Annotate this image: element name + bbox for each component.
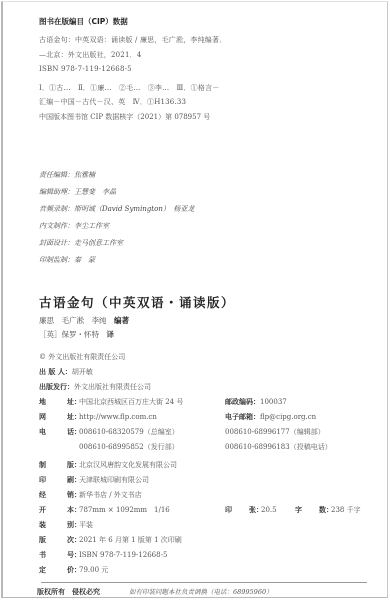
- phone-row: 电话：008610-68320579（总编室）: [39, 427, 179, 437]
- divider: [41, 582, 367, 583]
- book-translator: ［英］保罗・怀特 译: [39, 329, 114, 340]
- isbn-row: 书号：ISBN 978-7-119-12668-5: [39, 550, 167, 560]
- address-row: 地址：中国北京西城区百万庄大街 24 号: [39, 397, 183, 407]
- replacement-note: 如有印装问题本社负责调换（电话：68995960）: [129, 587, 273, 596]
- edition-row: 版次：2021 年 6 月第 1 版第 1 次印刷: [39, 535, 182, 545]
- plate-making-row: 制版：北京汉风唐韵文化发展有限公司: [39, 460, 177, 470]
- cip-approval-number: 中国版本图书馆 CIP 数据核字（2021）第 078957 号: [39, 112, 210, 122]
- rights-reserved: 版权所有 侵权必究: [37, 587, 100, 597]
- phone-submission: 008610-68996183（投稿电话）: [225, 442, 332, 452]
- website-row: 网址：http://www.flp.com.cn: [39, 412, 157, 422]
- credit-interior-production: 内文制作：李尘工作室: [39, 221, 109, 231]
- credit-cover-design: 封面设计：走马创意工作室: [39, 238, 123, 248]
- price-row: 定价：79.00 元: [39, 565, 108, 575]
- cip-line: Ⅰ．①古… Ⅱ．①廉… ②毛… ③李… Ⅲ．①格言－: [39, 83, 219, 93]
- book-title: 古语金句（中英双语・诵读版）: [39, 293, 235, 311]
- printing-row: 印刷：天津联城印刷有限公司: [39, 475, 149, 485]
- book-authors: 廉思 毛广淞 李纯 编著: [39, 315, 129, 326]
- cip-line: ISBN 978-7-119-12668-5: [39, 65, 132, 73]
- phone-distribution: 008610-68995852（发行部）: [79, 442, 179, 452]
- copyright-page: 图书在版编目（CIP）数据 古语金句：中英双语：诵读版 / 廉思，毛广淞，李纯编…: [1, 1, 388, 598]
- credit-chief-editor: 责任编辑：焦雅楠: [39, 170, 95, 180]
- cip-line: 汇编－中国－古代－汉、英 Ⅳ．①H136.33: [39, 97, 186, 107]
- cip-line: —北京：外文出版社，2021．4: [39, 50, 141, 60]
- publisher-distributor: 出版发行：外文出版社有限责任公司: [39, 382, 151, 392]
- credit-print-supervisor: 印制监制：秦 蒙: [39, 255, 95, 265]
- printed-sheets: 印张：20.5: [225, 505, 277, 515]
- email: 电子邮箱：flp@cipg.org.cn: [225, 412, 316, 422]
- format-row: 开本：787mm × 1092mm 1/16: [39, 505, 170, 515]
- cip-heading: 图书在版编目（CIP）数据: [39, 16, 128, 27]
- credit-editor-assistant: 编辑助理：王慧斐 李晶: [39, 187, 116, 197]
- distribution-row: 经销：新华书店 / 外文书店: [39, 490, 142, 500]
- copyright-notice: © 外文出版社有限责任公司: [39, 352, 125, 362]
- publisher-person: 出 版 人：胡开敏: [39, 367, 93, 377]
- binding-row: 装别：平装: [39, 520, 93, 530]
- credit-audio-recording: 音频录制：斯明诚（David Symington） 杨亚龙: [39, 204, 194, 214]
- cip-line: 古语金句：中英双语：诵读版 / 廉思，毛广淞，李纯编著．: [39, 35, 226, 45]
- word-count: 字数：238 千字: [295, 505, 361, 515]
- postal-code: 邮政编码：100037: [225, 397, 287, 407]
- phone-editorial: 008610-68996177（编辑部）: [225, 427, 325, 437]
